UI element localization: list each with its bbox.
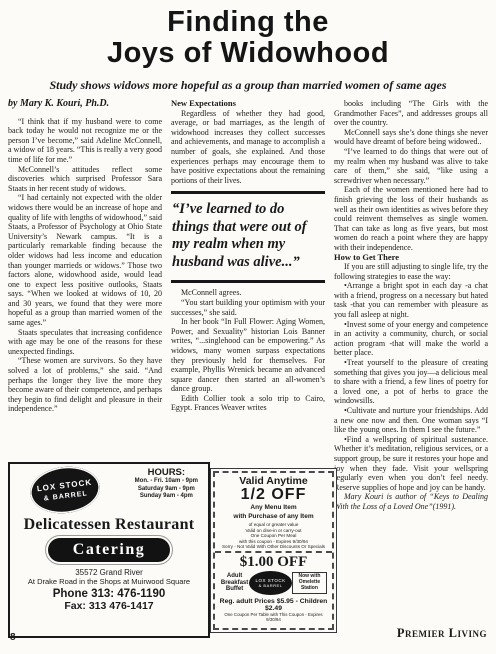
delicatessen-ad: LOX STOCK & BARREL HOURS: Mon. - Fri. 10… <box>8 462 210 638</box>
hours-sunday: Sunday 9am - 4pm <box>135 493 198 501</box>
fax-number: Fax: 313 476-1417 <box>12 600 206 612</box>
coupon-block: Valid Anytime 1/2 OFF Any Menu Item with… <box>210 468 337 633</box>
bullet-item: •Invest some of your energy and competen… <box>334 320 488 358</box>
logo-text-bottom: & BARREL <box>43 490 88 502</box>
paragraph: “These women are survivors. So they have… <box>8 356 162 414</box>
column-1: by Mary K. Kouri, Ph.D. “I think that if… <box>8 99 162 459</box>
paragraph: “I had certainly not expected with the o… <box>8 193 162 327</box>
paragraph: books including “The Girls with the Gran… <box>334 99 488 128</box>
paragraph: “You start building your optimism with y… <box>171 298 325 317</box>
column-2: New Expectations Regardless of whether t… <box>171 99 325 467</box>
coupon-item-line2: with Purchase of any Item <box>217 513 330 521</box>
coupon-half-off-title: 1/2 OFF <box>217 487 330 503</box>
phone-number: Phone 313: 476-1190 <box>12 588 206 600</box>
byline: by Mary K. Kouri, Ph.D. <box>8 99 162 109</box>
paragraph: In her book “In Full Flower: Aging Women… <box>171 317 325 394</box>
pull-quote: “I’ve learned to do things that were out… <box>171 191 325 283</box>
fine-print-line: Sorry - Not Valid With Other Discounts O… <box>217 544 330 550</box>
section-heading-new-expectations: New Expectations <box>171 99 325 109</box>
paragraph: Regardless of whether they had good, ave… <box>171 109 325 186</box>
deli-ad-top-row: LOX STOCK & BARREL HOURS: Mon. - Fri. 10… <box>12 467 206 513</box>
author-note: Mary Kouri is author of “Keys to Dealing… <box>334 492 488 511</box>
column-3: books including “The Girls with the Gran… <box>334 99 488 621</box>
coupon-dashed-frame: Valid Anytime 1/2 OFF Any Menu Item with… <box>213 471 334 630</box>
paragraph: Staats speculates that increasing confid… <box>8 328 162 357</box>
coupon-dollar-off-title: $1.00 OFF <box>217 555 330 570</box>
article-title-line1: Finding the <box>0 7 496 38</box>
bullet-item: •Arrange a bright spot in each day -a ch… <box>334 281 488 319</box>
paragraph: If you are still adjusting to single lif… <box>334 262 488 281</box>
paragraph: McConnell’s attitudes reflect some disco… <box>8 165 162 194</box>
coupon-terms: One Coupon Per Table with This Coupon - … <box>217 612 330 622</box>
publication-name: Premier Living <box>397 626 487 641</box>
lox-stock-barrel-logo-icon: LOX STOCK & BARREL <box>27 463 102 517</box>
masthead: Finding the Joys of Widowhood Study show… <box>0 7 496 93</box>
article-subtitle: Study shows widows more hopeful as a gro… <box>0 78 496 93</box>
catering-banner: Catering <box>48 538 170 562</box>
paragraph: Edith Collier took a solo trip to Cairo,… <box>171 394 325 413</box>
logo-text-bottom: & BARREL <box>259 583 283 588</box>
bullet-item: •Find a wellspring of spiritual sustenan… <box>334 435 488 493</box>
article-title: Finding the Joys of Widowhood <box>0 7 496 69</box>
hours-weekday: Mon. - Fri. 10am - 9pm <box>135 478 198 486</box>
paragraph: McConnell says she’s done things she nev… <box>334 128 488 147</box>
page-number: 8 <box>10 632 16 643</box>
coupon-fine-print: of equal or greater value Valid on dine-… <box>217 522 330 550</box>
coupon-dollar-off: $1.00 OFF Adult Breakfast Buffet LOX STO… <box>215 553 332 628</box>
coupon-item-line1: Any Menu Item <box>217 504 330 512</box>
coupon-item-label: Adult Breakfast Buffet <box>220 573 249 593</box>
omelette-station-badge: Now with Omelette Station <box>292 572 327 593</box>
hours-label: HOURS: <box>135 467 198 478</box>
coupon-dollar-off-row: Adult Breakfast Buffet LOX STOCK & BARRE… <box>217 570 330 595</box>
paragraph: McConnell agrees. <box>171 288 325 298</box>
coupon-prices: Reg. adult Prices $5.95 - Children $2.49 <box>217 598 330 612</box>
section-heading-how-to-get-there: How to Get There <box>334 253 488 263</box>
address-line1: 35572 Grand River <box>12 568 206 577</box>
coupon-half-off: Valid Anytime 1/2 OFF Any Menu Item with… <box>215 473 332 551</box>
address-line2: At Drake Road in the Shops at Muirwood S… <box>12 577 206 586</box>
restaurant-name: Delicatessen Restaurant <box>12 516 206 534</box>
paragraph: “I’ve learned to do things that were out… <box>334 147 488 185</box>
bullet-item: •Cultivate and nurture your friendships.… <box>334 406 488 435</box>
paragraph: “I think that if my husband were to come… <box>8 117 162 165</box>
hours-block: HOURS: Mon. - Fri. 10am - 9pm Saturday 9… <box>135 467 198 501</box>
hours-saturday: Saturday 9am - 9pm <box>135 486 198 494</box>
lox-stock-barrel-logo-small-icon: LOX STOCK & BARREL <box>249 571 292 595</box>
paragraph: Each of the women mentioned here had to … <box>334 185 488 252</box>
bullet-item: •Treat yourself to the pleasure of creat… <box>334 358 488 406</box>
article-title-line2: Joys of Widowhood <box>0 38 496 69</box>
